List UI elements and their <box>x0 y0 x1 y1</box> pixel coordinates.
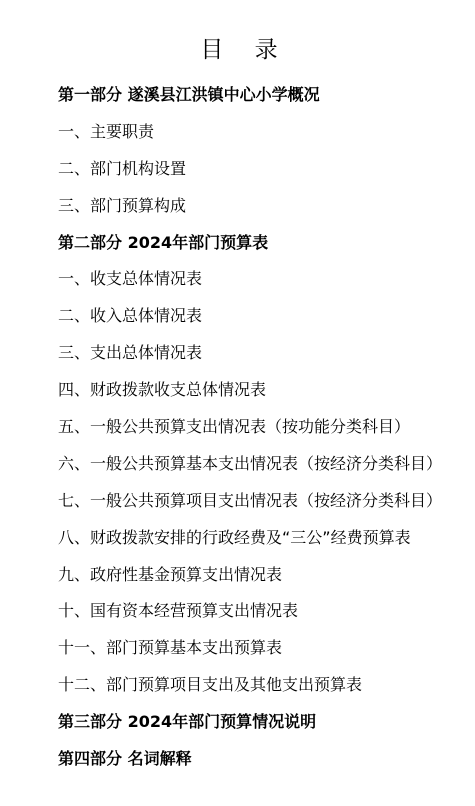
toc-item[interactable]: 三、支出总体情况表 <box>58 342 468 379</box>
toc-item[interactable]: 十二、部门预算项目支出及其他支出预算表 <box>58 674 468 711</box>
toc-item[interactable]: 十一、部门预算基本支出预算表 <box>58 637 468 674</box>
toc-item[interactable]: 二、部门机构设置 <box>58 158 468 195</box>
toc-part-1[interactable]: 第一部分 遂溪县江洪镇中心小学概况 <box>58 84 468 121</box>
toc-item[interactable]: 一、主要职责 <box>58 121 468 158</box>
toc-item[interactable]: 七、一般公共预算项目支出情况表（按经济分类科目） <box>58 490 468 527</box>
toc-item[interactable]: 八、财政拨款安排的行政经费及“三公”经费预算表 <box>58 527 468 564</box>
toc-item[interactable]: 十、国有资本经营预算支出情况表 <box>58 600 468 637</box>
table-of-contents: 第一部分 遂溪县江洪镇中心小学概况 一、主要职责 二、部门机构设置 三、部门预算… <box>58 84 468 785</box>
toc-item[interactable]: 三、部门预算构成 <box>58 195 468 232</box>
toc-item[interactable]: 六、一般公共预算基本支出情况表（按经济分类科目） <box>58 453 468 490</box>
toc-item[interactable]: 五、一般公共预算支出情况表（按功能分类科目） <box>58 416 468 453</box>
toc-item[interactable]: 二、收入总体情况表 <box>58 305 468 342</box>
toc-part-3[interactable]: 第三部分 2024年部门预算情况说明 <box>58 711 468 748</box>
toc-item[interactable]: 四、财政拨款收支总体情况表 <box>58 379 468 416</box>
toc-part-4[interactable]: 第四部分 名词解释 <box>58 748 468 785</box>
toc-part-2[interactable]: 第二部分 2024年部门预算表 <box>58 232 468 269</box>
toc-item[interactable]: 九、政府性基金预算支出情况表 <box>58 564 468 601</box>
toc-item[interactable]: 一、收支总体情况表 <box>58 268 468 305</box>
page-title: 目 录 <box>0 31 475 64</box>
